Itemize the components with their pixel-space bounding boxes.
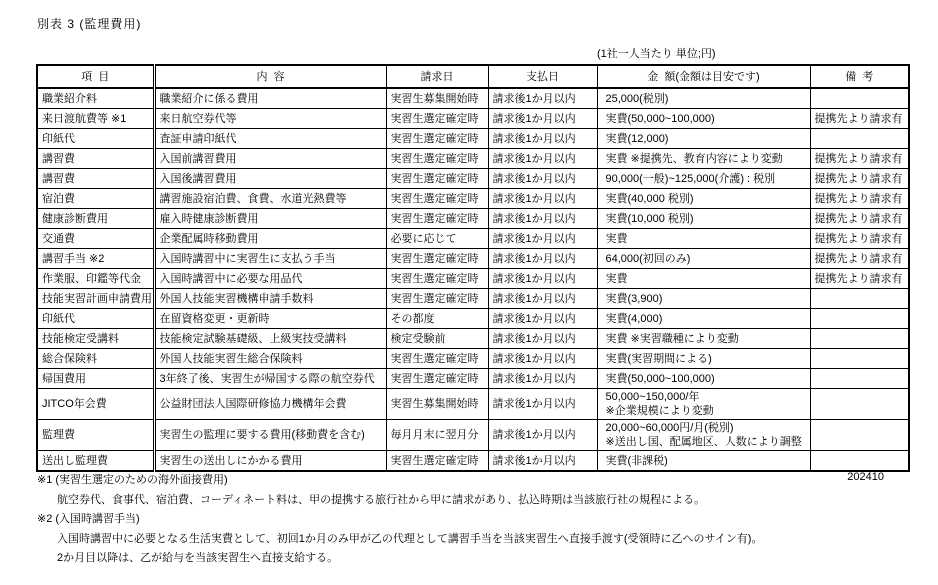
cell-item: 交通費 (37, 229, 154, 249)
cell-content: 入国時講習中に実習生に支払う手当 (154, 249, 386, 269)
cell-payment-date: 請求後1か月以内 (488, 229, 597, 249)
cell-content: 雇入時健康診断費用 (154, 209, 386, 229)
cell-item: JITCO年会費 (37, 389, 154, 420)
cell-payment-date: 請求後1か月以内 (488, 389, 597, 420)
cell-item: 監理費 (37, 420, 154, 451)
col-header-remarks: 備 考 (810, 65, 909, 88)
fee-table: 項 目 内 容 請求日 支払日 金 額(金額は目安です) 備 考 職業紹介料 職… (36, 64, 910, 472)
cell-amount: 実費 (597, 229, 810, 249)
cell-item: 帰国費用 (37, 369, 154, 389)
page-title: 別表 3 (監理費用) (37, 15, 141, 32)
table-row: 講習費 入国前講習費用 実習生選定確定時 請求後1か月以内 実費 ※提携先、教育… (37, 149, 909, 169)
table-row: 講習費 入国後講習費用 実習生選定確定時 請求後1か月以内 90,000(一般)… (37, 169, 909, 189)
cell-payment-date: 請求後1か月以内 (488, 451, 597, 472)
cell-amount: 実費(12,000) (597, 129, 810, 149)
cell-item: 講習費 (37, 169, 154, 189)
cell-content: 3年終了後、実習生が帰国する際の航空券代 (154, 369, 386, 389)
cell-item: 送出し監理費 (37, 451, 154, 472)
cell-billing-date: 実習生選定確定時 (386, 149, 488, 169)
cell-remarks (810, 420, 909, 451)
cell-amount: 実費(50,000~100,000) (597, 369, 810, 389)
cell-content: 企業配属時移動費用 (154, 229, 386, 249)
cell-payment-date: 請求後1か月以内 (488, 249, 597, 269)
cell-amount: 実費(10,000 税別) (597, 209, 810, 229)
cell-content: 実習生の監理に要する費用(移動費を含む) (154, 420, 386, 451)
cell-content: 技能検定試験基礎級、上級実技受講料 (154, 329, 386, 349)
cell-billing-date: 検定受験前 (386, 329, 488, 349)
cell-amount: 64,000(初回のみ) (597, 249, 810, 269)
cell-amount: 90,000(一般)~125,000(介護) : 税別 (597, 169, 810, 189)
table-row: JITCO年会費 公益財団法人国際研修協力機構年会費 実習生募集開始時 請求後1… (37, 389, 909, 420)
table-row: 技能検定受講料 技能検定試験基礎級、上級実技受講料 検定受験前 請求後1か月以内… (37, 329, 909, 349)
cell-amount: 実費(非課税) (597, 451, 810, 472)
cell-payment-date: 請求後1か月以内 (488, 289, 597, 309)
col-header-content: 内 容 (154, 65, 386, 88)
cell-item: 健康診断費用 (37, 209, 154, 229)
cell-remarks: 提携先より請求有 (810, 149, 909, 169)
col-header-item: 項 目 (37, 65, 154, 88)
cell-remarks (810, 389, 909, 420)
cell-billing-date: 実習生選定確定時 (386, 349, 488, 369)
cell-amount: 実費 ※実習職種により変動 (597, 329, 810, 349)
table-row: 印紙代 査証申請印紙代 実習生選定確定時 請求後1か月以内 実費(12,000) (37, 129, 909, 149)
cell-billing-date: 実習生選定確定時 (386, 249, 488, 269)
cell-remarks (810, 309, 909, 329)
table-row: 技能実習計画申請費用 外国人技能実習機構申請手数料 実習生選定確定時 請求後1か… (37, 289, 909, 309)
cell-amount: 実費(40,000 税別) (597, 189, 810, 209)
cell-billing-date: 毎月月末に翌月分 (386, 420, 488, 451)
cell-payment-date: 請求後1か月以内 (488, 189, 597, 209)
cell-payment-date: 請求後1か月以内 (488, 169, 597, 189)
cell-item: 技能実習計画申請費用 (37, 289, 154, 309)
col-header-amount: 金 額(金額は目安です) (597, 65, 810, 88)
header-row: 項 目 内 容 請求日 支払日 金 額(金額は目安です) 備 考 (37, 65, 909, 88)
cell-item: 技能検定受講料 (37, 329, 154, 349)
table-row: 来日渡航費等 ※1 来日航空券代等 実習生選定確定時 請求後1か月以内 実費(5… (37, 109, 909, 129)
col-header-payment-date: 支払日 (488, 65, 597, 88)
cell-payment-date: 請求後1か月以内 (488, 149, 597, 169)
cell-payment-date: 請求後1か月以内 (488, 129, 597, 149)
table-row: 健康診断費用 雇入時健康診断費用 実習生選定確定時 請求後1か月以内 実費(10… (37, 209, 909, 229)
footnote-line: 航空券代、食事代、宿泊費、コーディネート料は、甲の提携する旅行社から甲に請求があ… (37, 491, 762, 511)
cell-content: 査証申請印紙代 (154, 129, 386, 149)
cell-billing-date: 実習生選定確定時 (386, 169, 488, 189)
cell-billing-date: 必要に応じて (386, 229, 488, 249)
cell-billing-date: 実習生選定確定時 (386, 451, 488, 472)
cell-item: 職業紹介料 (37, 88, 154, 109)
cell-remarks: 提携先より請求有 (810, 229, 909, 249)
unit-note: (1社一人当たり 単位;円) (597, 45, 716, 61)
cell-content: 来日航空券代等 (154, 109, 386, 129)
cell-billing-date: 実習生選定確定時 (386, 209, 488, 229)
cell-remarks (810, 329, 909, 349)
cell-content: 実習生の送出しにかかる費用 (154, 451, 386, 472)
table-row: 作業服、印鑑等代金 入国時講習中に必要な用品代 実習生選定確定時 請求後1か月以… (37, 269, 909, 289)
footnote-line: ※1 (実習生選定のための海外面接費用) (37, 471, 762, 491)
footnotes: ※1 (実習生選定のための海外面接費用) 航空券代、食事代、宿泊費、コーディネー… (37, 471, 762, 569)
cell-amount: 実費 (597, 269, 810, 289)
cell-remarks (810, 349, 909, 369)
cell-amount: 50,000~150,000/年 ※企業規模により変動 (597, 389, 810, 420)
cell-item: 来日渡航費等 ※1 (37, 109, 154, 129)
cell-remarks: 提携先より請求有 (810, 269, 909, 289)
cell-payment-date: 請求後1か月以内 (488, 329, 597, 349)
cell-billing-date: 実習生募集開始時 (386, 88, 488, 109)
cell-payment-date: 請求後1か月以内 (488, 420, 597, 451)
table-row: 交通費 企業配属時移動費用 必要に応じて 請求後1か月以内 実費 提携先より請求… (37, 229, 909, 249)
table-row: 監理費 実習生の監理に要する費用(移動費を含む) 毎月月末に翌月分 請求後1か月… (37, 420, 909, 451)
cell-payment-date: 請求後1か月以内 (488, 209, 597, 229)
cell-remarks (810, 289, 909, 309)
table-row: 帰国費用 3年終了後、実習生が帰国する際の航空券代 実習生選定確定時 請求後1か… (37, 369, 909, 389)
cell-remarks: 提携先より請求有 (810, 109, 909, 129)
cell-item: 作業服、印鑑等代金 (37, 269, 154, 289)
cell-billing-date: 実習生選定確定時 (386, 269, 488, 289)
cell-content: 入国前講習費用 (154, 149, 386, 169)
cell-item: 講習手当 ※2 (37, 249, 154, 269)
cell-remarks (810, 369, 909, 389)
cell-item: 印紙代 (37, 129, 154, 149)
cell-amount: 実費(3,900) (597, 289, 810, 309)
cell-amount: 実費 ※提携先、教育内容により変動 (597, 149, 810, 169)
cell-content: 入国時講習中に必要な用品代 (154, 269, 386, 289)
cell-billing-date: 実習生選定確定時 (386, 129, 488, 149)
cell-amount: 実費(4,000) (597, 309, 810, 329)
footnote-line: ※2 (入国時講習手当) (37, 510, 762, 530)
table-row: 講習手当 ※2 入国時講習中に実習生に支払う手当 実習生選定確定時 請求後1か月… (37, 249, 909, 269)
cell-content: 在留資格変更・更新時 (154, 309, 386, 329)
cell-content: 入国後講習費用 (154, 169, 386, 189)
cell-amount: 20,000~60,000円/月(税別) ※送出し国、配属地区、人数により調整 (597, 420, 810, 451)
cell-amount: 25,000(税別) (597, 88, 810, 109)
cell-payment-date: 請求後1か月以内 (488, 349, 597, 369)
footnote-line: 2か月目以降は、乙が給与を当該実習生へ直接支給する。 (37, 549, 762, 569)
cell-remarks: 提携先より請求有 (810, 169, 909, 189)
cell-remarks: 提携先より請求有 (810, 189, 909, 209)
cell-remarks: 提携先より請求有 (810, 209, 909, 229)
cell-billing-date: 実習生選定確定時 (386, 369, 488, 389)
cell-payment-date: 請求後1か月以内 (488, 369, 597, 389)
cell-content: 講習施設宿泊費、食費、水道光熱費等 (154, 189, 386, 209)
cell-item: 講習費 (37, 149, 154, 169)
cell-content: 職業紹介に係る費用 (154, 88, 386, 109)
cell-item: 総合保険料 (37, 349, 154, 369)
cell-payment-date: 請求後1か月以内 (488, 309, 597, 329)
table-row: 送出し監理費 実習生の送出しにかかる費用 実習生選定確定時 請求後1か月以内 実… (37, 451, 909, 472)
cell-remarks (810, 451, 909, 472)
table-row: 宿泊費 講習施設宿泊費、食費、水道光熱費等 実習生選定確定時 請求後1か月以内 … (37, 189, 909, 209)
cell-content: 外国人技能実習機構申請手数料 (154, 289, 386, 309)
cell-billing-date: その都度 (386, 309, 488, 329)
cell-content: 外国人技能実習生総合保険料 (154, 349, 386, 369)
cell-payment-date: 請求後1か月以内 (488, 109, 597, 129)
table-row: 総合保険料 外国人技能実習生総合保険料 実習生選定確定時 請求後1か月以内 実費… (37, 349, 909, 369)
cell-billing-date: 実習生選定確定時 (386, 109, 488, 129)
doc-code: 202410 (847, 471, 884, 483)
table-row: 職業紹介料 職業紹介に係る費用 実習生募集開始時 請求後1か月以内 25,000… (37, 88, 909, 109)
cell-remarks (810, 129, 909, 149)
cell-billing-date: 実習生募集開始時 (386, 389, 488, 420)
cell-payment-date: 請求後1か月以内 (488, 269, 597, 289)
cell-remarks: 提携先より請求有 (810, 249, 909, 269)
cell-amount: 実費(50,000~100,000) (597, 109, 810, 129)
cell-billing-date: 実習生選定確定時 (386, 289, 488, 309)
footnote-line: 入国時講習中に必要となる生活実費として、初回1か月のみ甲が乙の代理として講習手当… (37, 530, 762, 550)
cell-billing-date: 実習生選定確定時 (386, 189, 488, 209)
cell-content: 公益財団法人国際研修協力機構年会費 (154, 389, 386, 420)
col-header-billing-date: 請求日 (386, 65, 488, 88)
cell-payment-date: 請求後1か月以内 (488, 88, 597, 109)
cell-item: 印紙代 (37, 309, 154, 329)
cell-remarks (810, 88, 909, 109)
cell-amount: 実費(実習期間による) (597, 349, 810, 369)
table-row: 印紙代 在留資格変更・更新時 その都度 請求後1か月以内 実費(4,000) (37, 309, 909, 329)
cell-item: 宿泊費 (37, 189, 154, 209)
